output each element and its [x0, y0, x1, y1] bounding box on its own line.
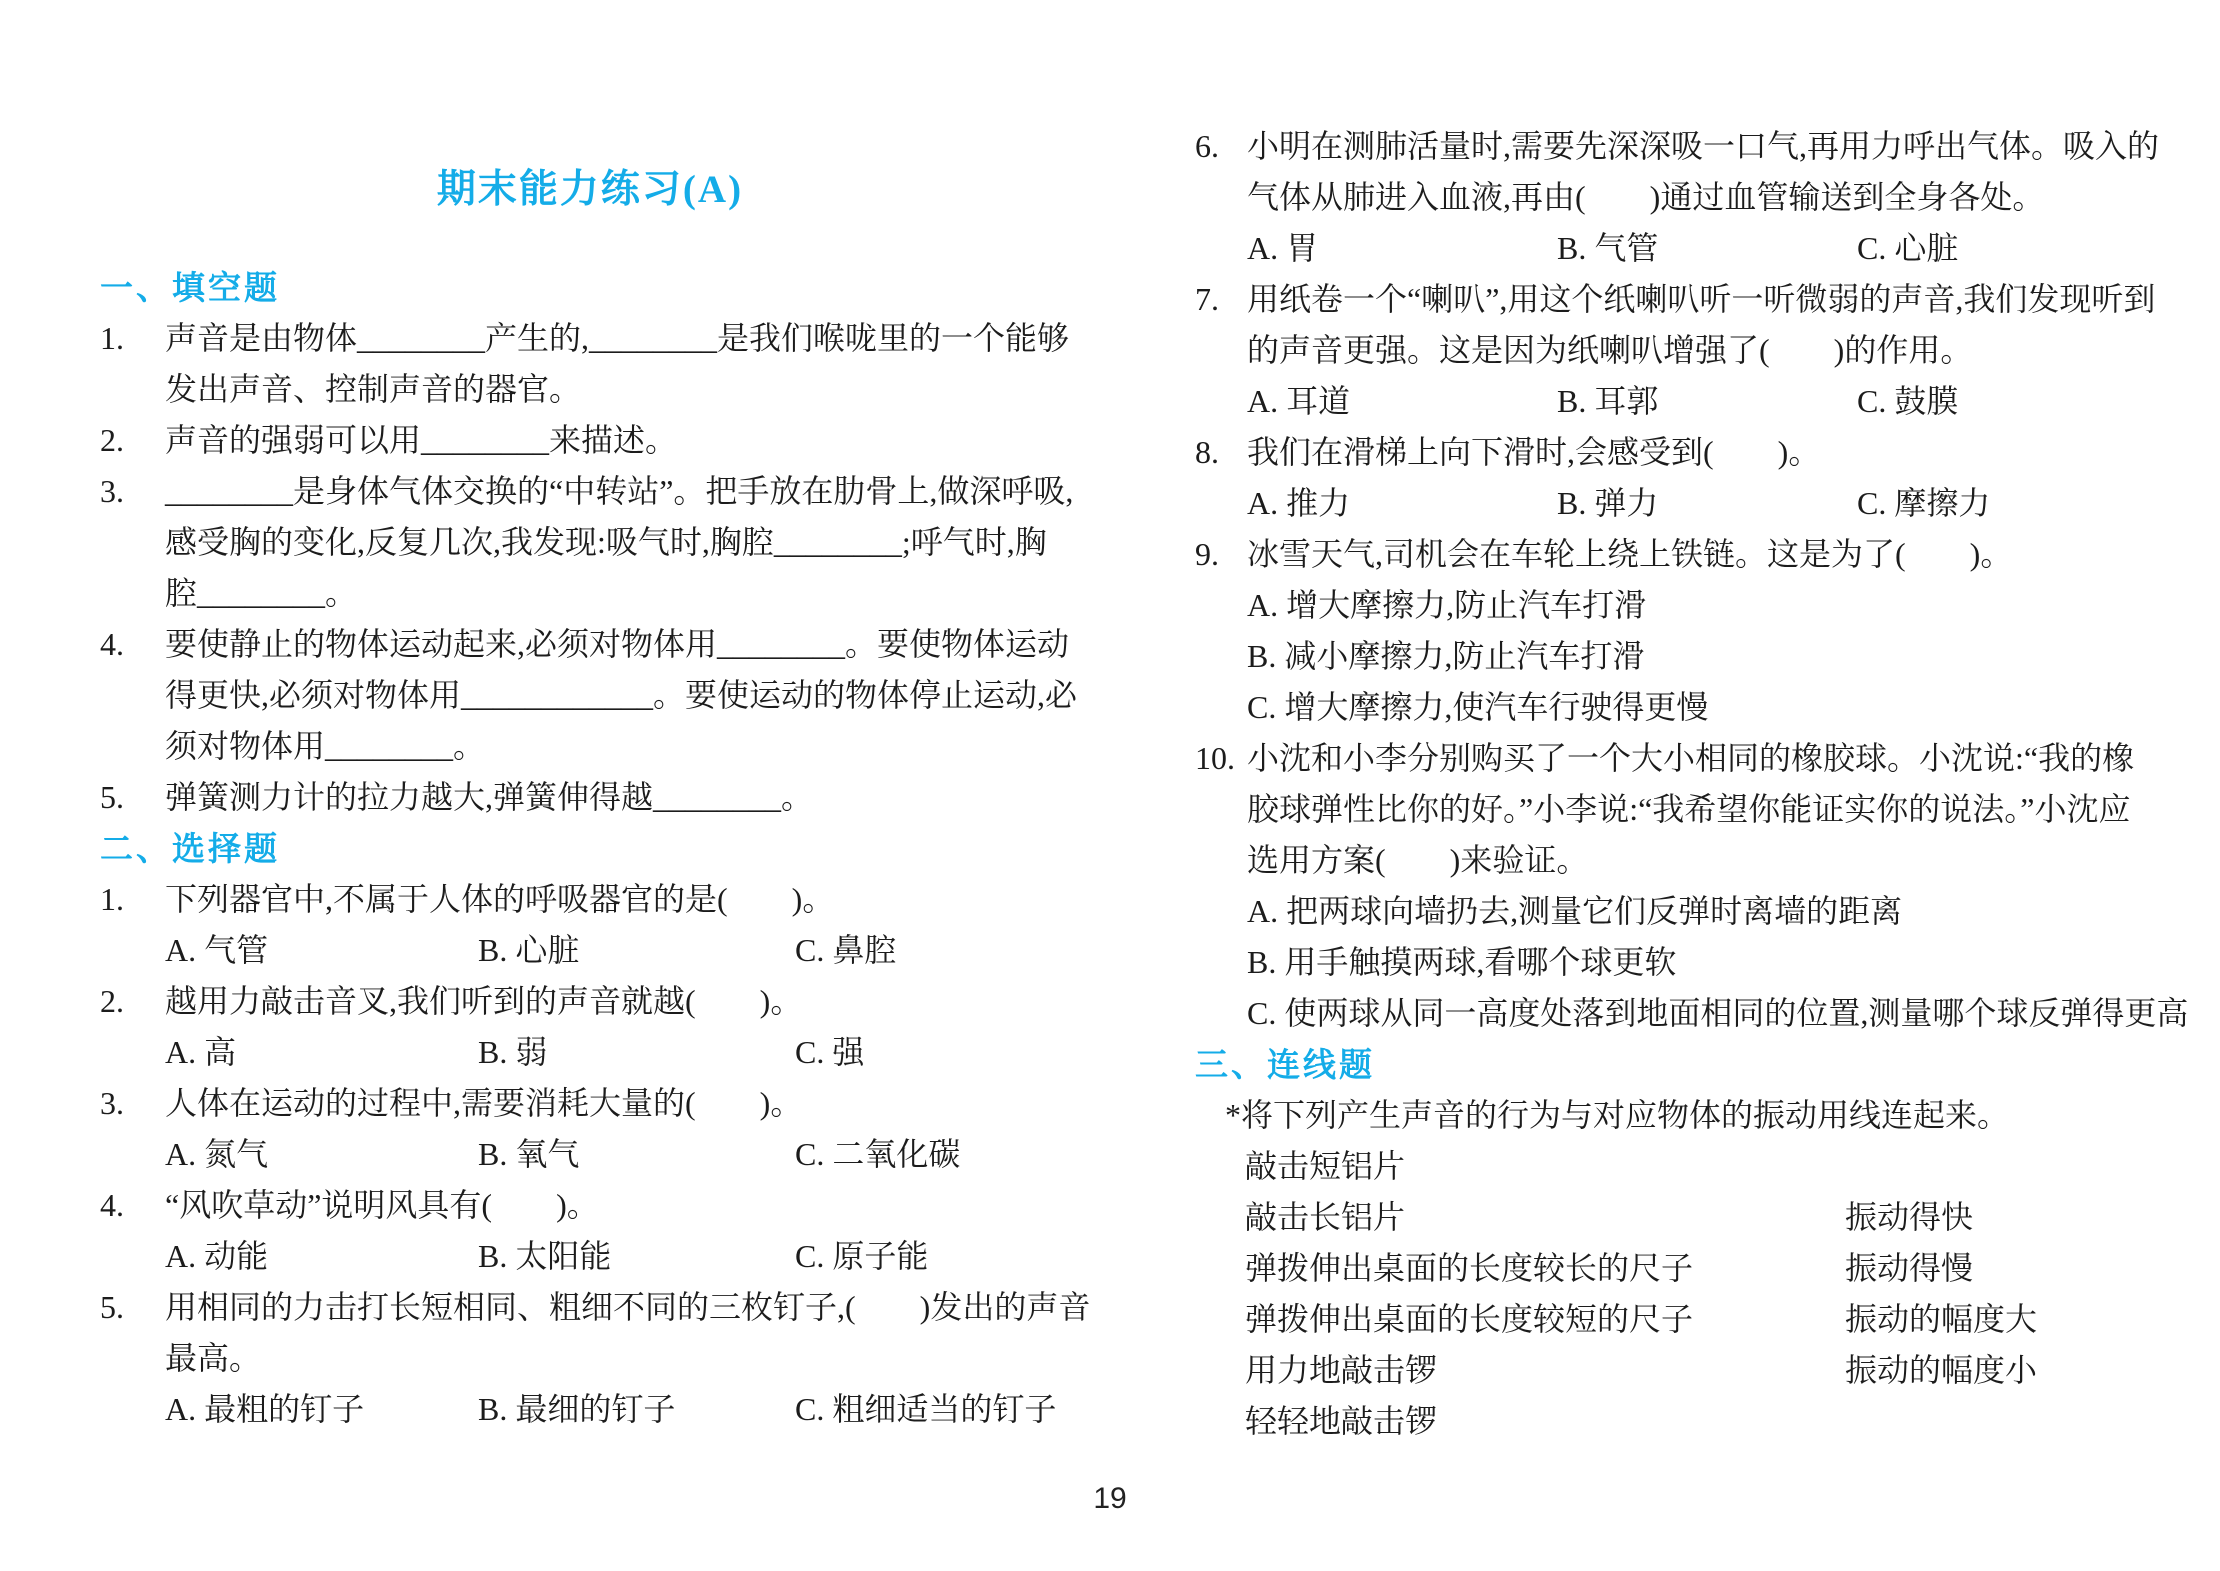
option-stacked-a: A. 把两球向墙扔去,测量它们反弹时离墙的距离 — [1247, 886, 2145, 937]
worksheet-page: 期末能力练习(A) 一、填空题 1. 声音是由物体________产生的,___… — [0, 0, 2220, 1571]
match-left-item: 弹拨伸出桌面的长度较长的尺子 — [1245, 1243, 1845, 1294]
question-line: 声音是由物体________产生的,________是我们喉咙里的一个能够 — [165, 313, 1080, 364]
choice-question-3: 3. 人体在运动的过程中,需要消耗大量的( )。 A. 氮气 B. 氧气 C. … — [100, 1078, 1080, 1180]
fill-question-5: 5. 弹簧测力计的拉力越大,弹簧伸得越________。 — [100, 772, 1080, 823]
match-instruction: *将下列产生声音的行为与对应物体的振动用线连起来。 — [1195, 1090, 2145, 1141]
choice-question-6: 6. 小明在测肺活量时,需要先深深吸一口气,再用力呼出气体。吸入的 气体从肺进入… — [1195, 121, 2145, 274]
option-stacked-c: C. 使两球从同一高度处落到地面相同的位置,测量哪个球反弹得更高 — [1247, 988, 2145, 1039]
option-b: B. 弱 — [478, 1027, 795, 1078]
question-line: 小沈和小李分别购买了一个大小相同的橡胶球。小沈说:“我的橡 — [1247, 733, 2145, 784]
page-title: 期末能力练习(A) — [100, 158, 1080, 214]
question-number: 4. — [100, 619, 165, 772]
option-b: B. 心脏 — [478, 925, 795, 976]
option-c: C. 粗细适当的钉子 — [795, 1384, 1080, 1435]
options-row: A. 胃 B. 气管 C. 心脏 — [1247, 223, 2145, 274]
option-c: C. 鼻腔 — [795, 925, 1080, 976]
question-number: 6. — [1195, 121, 1247, 274]
fill-question-4: 4. 要使静止的物体运动起来,必须对物体用________。要使物体运动 得更快… — [100, 619, 1080, 772]
question-line: 须对物体用________。 — [165, 721, 1080, 772]
option-b: B. 弹力 — [1557, 478, 1857, 529]
question-line: 弹簧测力计的拉力越大,弹簧伸得越________。 — [165, 772, 1080, 823]
question-line: 我们在滑梯上向下滑时,会感受到( )。 — [1247, 427, 2145, 478]
option-c: C. 鼓膜 — [1857, 376, 2145, 427]
option-stacked-c: C. 增大摩擦力,使汽车行驶得更慢 — [1247, 682, 2145, 733]
question-number: 5. — [100, 772, 165, 823]
option-stacked-b: B. 用手触摸两球,看哪个球更软 — [1247, 937, 2145, 988]
option-b: B. 最细的钉子 — [478, 1384, 795, 1435]
choice-question-8: 8. 我们在滑梯上向下滑时,会感受到( )。 A. 推力 B. 弹力 C. 摩擦… — [1195, 427, 2145, 529]
option-a: A. 胃 — [1247, 223, 1557, 274]
choice-question-9: 9. 冰雪天气,司机会在车轮上绕上铁链。这是为了( )。 A. 增大摩擦力,防止… — [1195, 529, 2145, 733]
question-number: 8. — [1195, 427, 1247, 529]
question-line: 用纸卷一个“喇叭”,用这个纸喇叭听一听微弱的声音,我们发现听到 — [1247, 274, 2145, 325]
question-line: 的声音更强。这是因为纸喇叭增强了( )的作用。 — [1247, 325, 2145, 376]
question-line: 腔________。 — [165, 568, 1080, 619]
question-line: 人体在运动的过程中,需要消耗大量的( )。 — [165, 1078, 1080, 1129]
match-left-item: 敲击短铝片 — [1245, 1141, 1845, 1192]
match-row-6: 轻轻地敲击锣 — [1195, 1396, 2145, 1447]
question-number: 4. — [100, 1180, 165, 1282]
question-line: 小明在测肺活量时,需要先深深吸一口气,再用力呼出气体。吸入的 — [1247, 121, 2145, 172]
match-row-5: 用力地敲击锣 振动的幅度小 — [1195, 1345, 2145, 1396]
match-right-item: 振动的幅度大 — [1845, 1294, 2145, 1345]
option-a: A. 氮气 — [165, 1129, 478, 1180]
option-c: C. 二氧化碳 — [795, 1129, 1080, 1180]
question-line: ________是身体气体交换的“中转站”。把手放在肋骨上,做深呼吸, — [165, 466, 1080, 517]
section-heading-choice: 二、选择题 — [100, 823, 1080, 874]
question-line: 冰雪天气,司机会在车轮上绕上铁链。这是为了( )。 — [1247, 529, 2145, 580]
fill-question-3: 3. ________是身体气体交换的“中转站”。把手放在肋骨上,做深呼吸, 感… — [100, 466, 1080, 619]
question-number: 1. — [100, 874, 165, 976]
match-left-item: 用力地敲击锣 — [1245, 1345, 1845, 1396]
option-a: A. 推力 — [1247, 478, 1557, 529]
option-stacked-a: A. 增大摩擦力,防止汽车打滑 — [1247, 580, 2145, 631]
options-row: A. 动能 B. 太阳能 C. 原子能 — [165, 1231, 1080, 1282]
question-number: 10. — [1195, 733, 1247, 1039]
question-number: 5. — [100, 1282, 165, 1435]
match-left-item: 弹拨伸出桌面的长度较短的尺子 — [1245, 1294, 1845, 1345]
option-a: A. 最粗的钉子 — [165, 1384, 478, 1435]
match-right-item — [1845, 1141, 2145, 1192]
option-b: B. 气管 — [1557, 223, 1857, 274]
option-c: C. 原子能 — [795, 1231, 1080, 1282]
question-number: 2. — [100, 976, 165, 1078]
question-line: 最高。 — [165, 1333, 1080, 1384]
match-row-1: 敲击短铝片 — [1195, 1141, 2145, 1192]
choice-question-1: 1. 下列器官中,不属于人体的呼吸器官的是( )。 A. 气管 B. 心脏 C.… — [100, 874, 1080, 976]
options-row: A. 最粗的钉子 B. 最细的钉子 C. 粗细适当的钉子 — [165, 1384, 1080, 1435]
option-b: B. 耳郭 — [1557, 376, 1857, 427]
match-right-item — [1845, 1396, 2145, 1447]
option-a: A. 高 — [165, 1027, 478, 1078]
option-a: A. 动能 — [165, 1231, 478, 1282]
match-right-item: 振动的幅度小 — [1845, 1345, 2145, 1396]
options-row: A. 气管 B. 心脏 C. 鼻腔 — [165, 925, 1080, 976]
question-line: “风吹草动”说明风具有( )。 — [165, 1180, 1080, 1231]
choice-question-2: 2. 越用力敲击音叉,我们听到的声音就越( )。 A. 高 B. 弱 C. 强 — [100, 976, 1080, 1078]
question-line: 下列器官中,不属于人体的呼吸器官的是( )。 — [165, 874, 1080, 925]
question-number: 3. — [100, 1078, 165, 1180]
option-a: A. 耳道 — [1247, 376, 1557, 427]
question-line: 越用力敲击音叉,我们听到的声音就越( )。 — [165, 976, 1080, 1027]
match-row-3: 弹拨伸出桌面的长度较长的尺子 振动得慢 — [1195, 1243, 2145, 1294]
match-left-item: 敲击长铝片 — [1245, 1192, 1845, 1243]
choice-question-7: 7. 用纸卷一个“喇叭”,用这个纸喇叭听一听微弱的声音,我们发现听到 的声音更强… — [1195, 274, 2145, 427]
question-line: 用相同的力击打长短相同、粗细不同的三枚钉子,( )发出的声音 — [165, 1282, 1080, 1333]
question-number: 7. — [1195, 274, 1247, 427]
question-line: 选用方案( )来验证。 — [1247, 835, 2145, 886]
match-left-item: 轻轻地敲击锣 — [1245, 1396, 1845, 1447]
section-heading-match: 三、连线题 — [1195, 1039, 2145, 1090]
page-number: 19 — [0, 1482, 2220, 1516]
question-line: 得更快,必须对物体用____________。要使运动的物体停止运动,必 — [165, 670, 1080, 721]
question-number: 3. — [100, 466, 165, 619]
question-line: 胶球弹性比你的好。”小李说:“我希望你能证实你的说法。”小沈应 — [1247, 784, 2145, 835]
option-b: B. 太阳能 — [478, 1231, 795, 1282]
match-right-item: 振动得慢 — [1845, 1243, 2145, 1294]
left-column: 一、填空题 1. 声音是由物体________产生的,________是我们喉咙… — [100, 262, 1080, 1435]
match-right-item: 振动得快 — [1845, 1192, 2145, 1243]
match-row-4: 弹拨伸出桌面的长度较短的尺子 振动的幅度大 — [1195, 1294, 2145, 1345]
options-row: A. 耳道 B. 耳郭 C. 鼓膜 — [1247, 376, 2145, 427]
options-row: A. 推力 B. 弹力 C. 摩擦力 — [1247, 478, 2145, 529]
question-line: 气体从肺进入血液,再由( )通过血管输送到全身各处。 — [1247, 172, 2145, 223]
choice-question-5: 5. 用相同的力击打长短相同、粗细不同的三枚钉子,( )发出的声音 最高。 A.… — [100, 1282, 1080, 1435]
match-row-2: 敲击长铝片 振动得快 — [1195, 1192, 2145, 1243]
question-line: 感受胸的变化,反复几次,我发现:吸气时,胸腔________;呼气时,胸 — [165, 517, 1080, 568]
right-column: 6. 小明在测肺活量时,需要先深深吸一口气,再用力呼出气体。吸入的 气体从肺进入… — [1195, 121, 2145, 1447]
option-a: A. 气管 — [165, 925, 478, 976]
fill-question-1: 1. 声音是由物体________产生的,________是我们喉咙里的一个能够… — [100, 313, 1080, 415]
question-line: 要使静止的物体运动起来,必须对物体用________。要使物体运动 — [165, 619, 1080, 670]
question-line: 声音的强弱可以用________来描述。 — [165, 415, 1080, 466]
options-row: A. 高 B. 弱 C. 强 — [165, 1027, 1080, 1078]
question-line: 发出声音、控制声音的器官。 — [165, 364, 1080, 415]
option-c: C. 摩擦力 — [1857, 478, 2145, 529]
section-heading-fill: 一、填空题 — [100, 262, 1080, 313]
fill-question-2: 2. 声音的强弱可以用________来描述。 — [100, 415, 1080, 466]
choice-question-10: 10. 小沈和小李分别购买了一个大小相同的橡胶球。小沈说:“我的橡 胶球弹性比你… — [1195, 733, 2145, 1039]
option-b: B. 氧气 — [478, 1129, 795, 1180]
question-number: 9. — [1195, 529, 1247, 733]
choice-question-4: 4. “风吹草动”说明风具有( )。 A. 动能 B. 太阳能 C. 原子能 — [100, 1180, 1080, 1282]
option-c: C. 强 — [795, 1027, 1080, 1078]
option-stacked-b: B. 减小摩擦力,防止汽车打滑 — [1247, 631, 2145, 682]
question-number: 2. — [100, 415, 165, 466]
options-row: A. 氮气 B. 氧气 C. 二氧化碳 — [165, 1129, 1080, 1180]
option-c: C. 心脏 — [1857, 223, 2145, 274]
question-number: 1. — [100, 313, 165, 415]
